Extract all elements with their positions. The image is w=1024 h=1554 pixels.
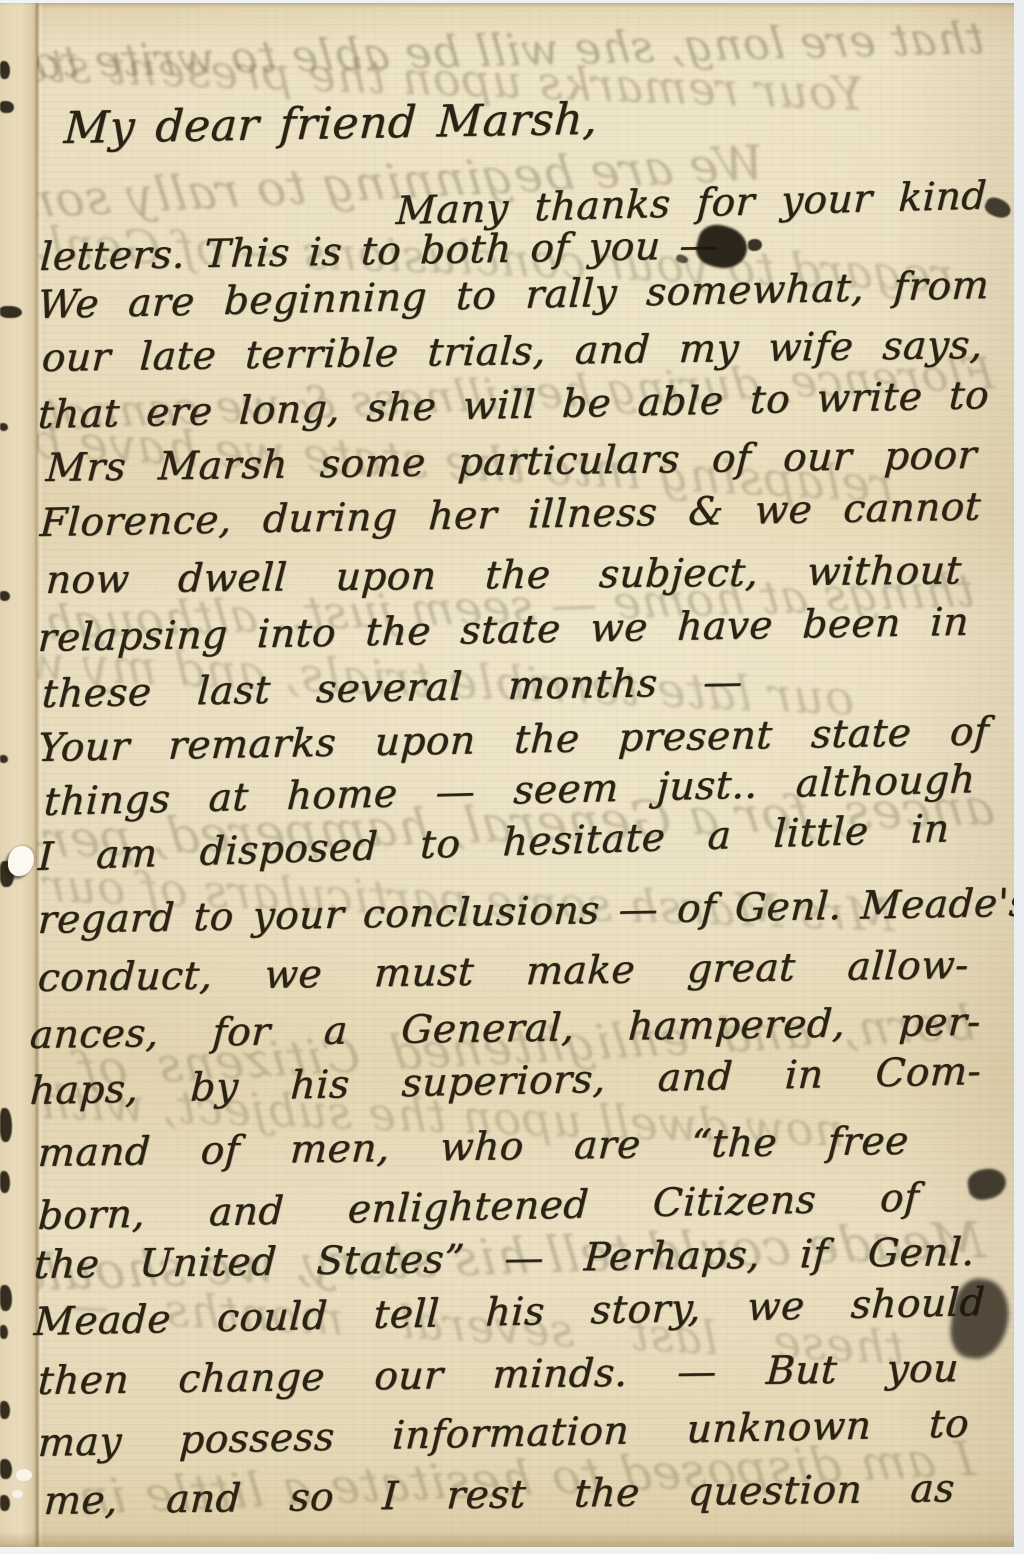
page-bottom-shadow [0,1531,1014,1547]
letter-line: Mrs Marsh some particulars of our poor [45,433,978,491]
letter-line: may possess information unknown to [37,1402,970,1466]
letter-line: Meade could tell his story, we should [33,1280,986,1345]
letter-line: mand of men, who are “the free [37,1119,910,1176]
letter-line: ances, for a General, hampered, per- [29,1000,982,1058]
letter-line: then change our minds. — But you [37,1346,960,1404]
edge-ink-mark [0,423,8,431]
edge-ink-mark [0,101,14,113]
letter-line: My dear friend Marsh, [63,95,536,154]
letter-text: My dear friend Marsh,Many thanks for you… [0,3,1014,1547]
letter-line: relapsing into the state we have been in [37,600,970,661]
letter-line: born, and enlightened Citizens of [37,1176,920,1239]
edge-ink-mark [0,1285,12,1311]
edge-ink-mark [0,1171,10,1193]
edge-ink-mark [0,1401,10,1419]
letter-line: me, and so I rest the question as [43,1466,956,1524]
paper-fleck [12,1490,23,1498]
letter-line: these last several months — [41,660,744,717]
edge-ink-mark [0,1108,12,1142]
paper-fleck [16,1469,32,1481]
letter-line: Florence, during her illness & we cannot [39,485,982,546]
edge-ink-mark [0,755,8,763]
letter-line: that ere long, she will be able to write… [37,373,990,438]
edge-ink-mark [0,1495,10,1511]
edge-ink-mark [0,591,10,601]
letter-line: regard to your conclusions — of Genl. Me… [37,881,990,943]
scan-background: that ere long, she will be able to write… [0,0,1024,1554]
edge-ink-mark [0,61,10,79]
letter-line: the United States” — Perhaps, if Genl. [33,1230,976,1288]
edge-ink-mark [0,1459,12,1479]
letter-line: conduct, we must make great allow- [37,943,970,1001]
edge-ink-mark [0,1325,8,1339]
letter-line: now dwell upon the subject, without [45,548,963,603]
letter-page: that ere long, she will be able to write… [0,3,1014,1547]
letter-line: our late terrible trials, and my wife sa… [41,323,984,381]
letter-line: haps, by his superiors, and in Com- [29,1049,982,1114]
edge-ink-mark [0,306,22,318]
